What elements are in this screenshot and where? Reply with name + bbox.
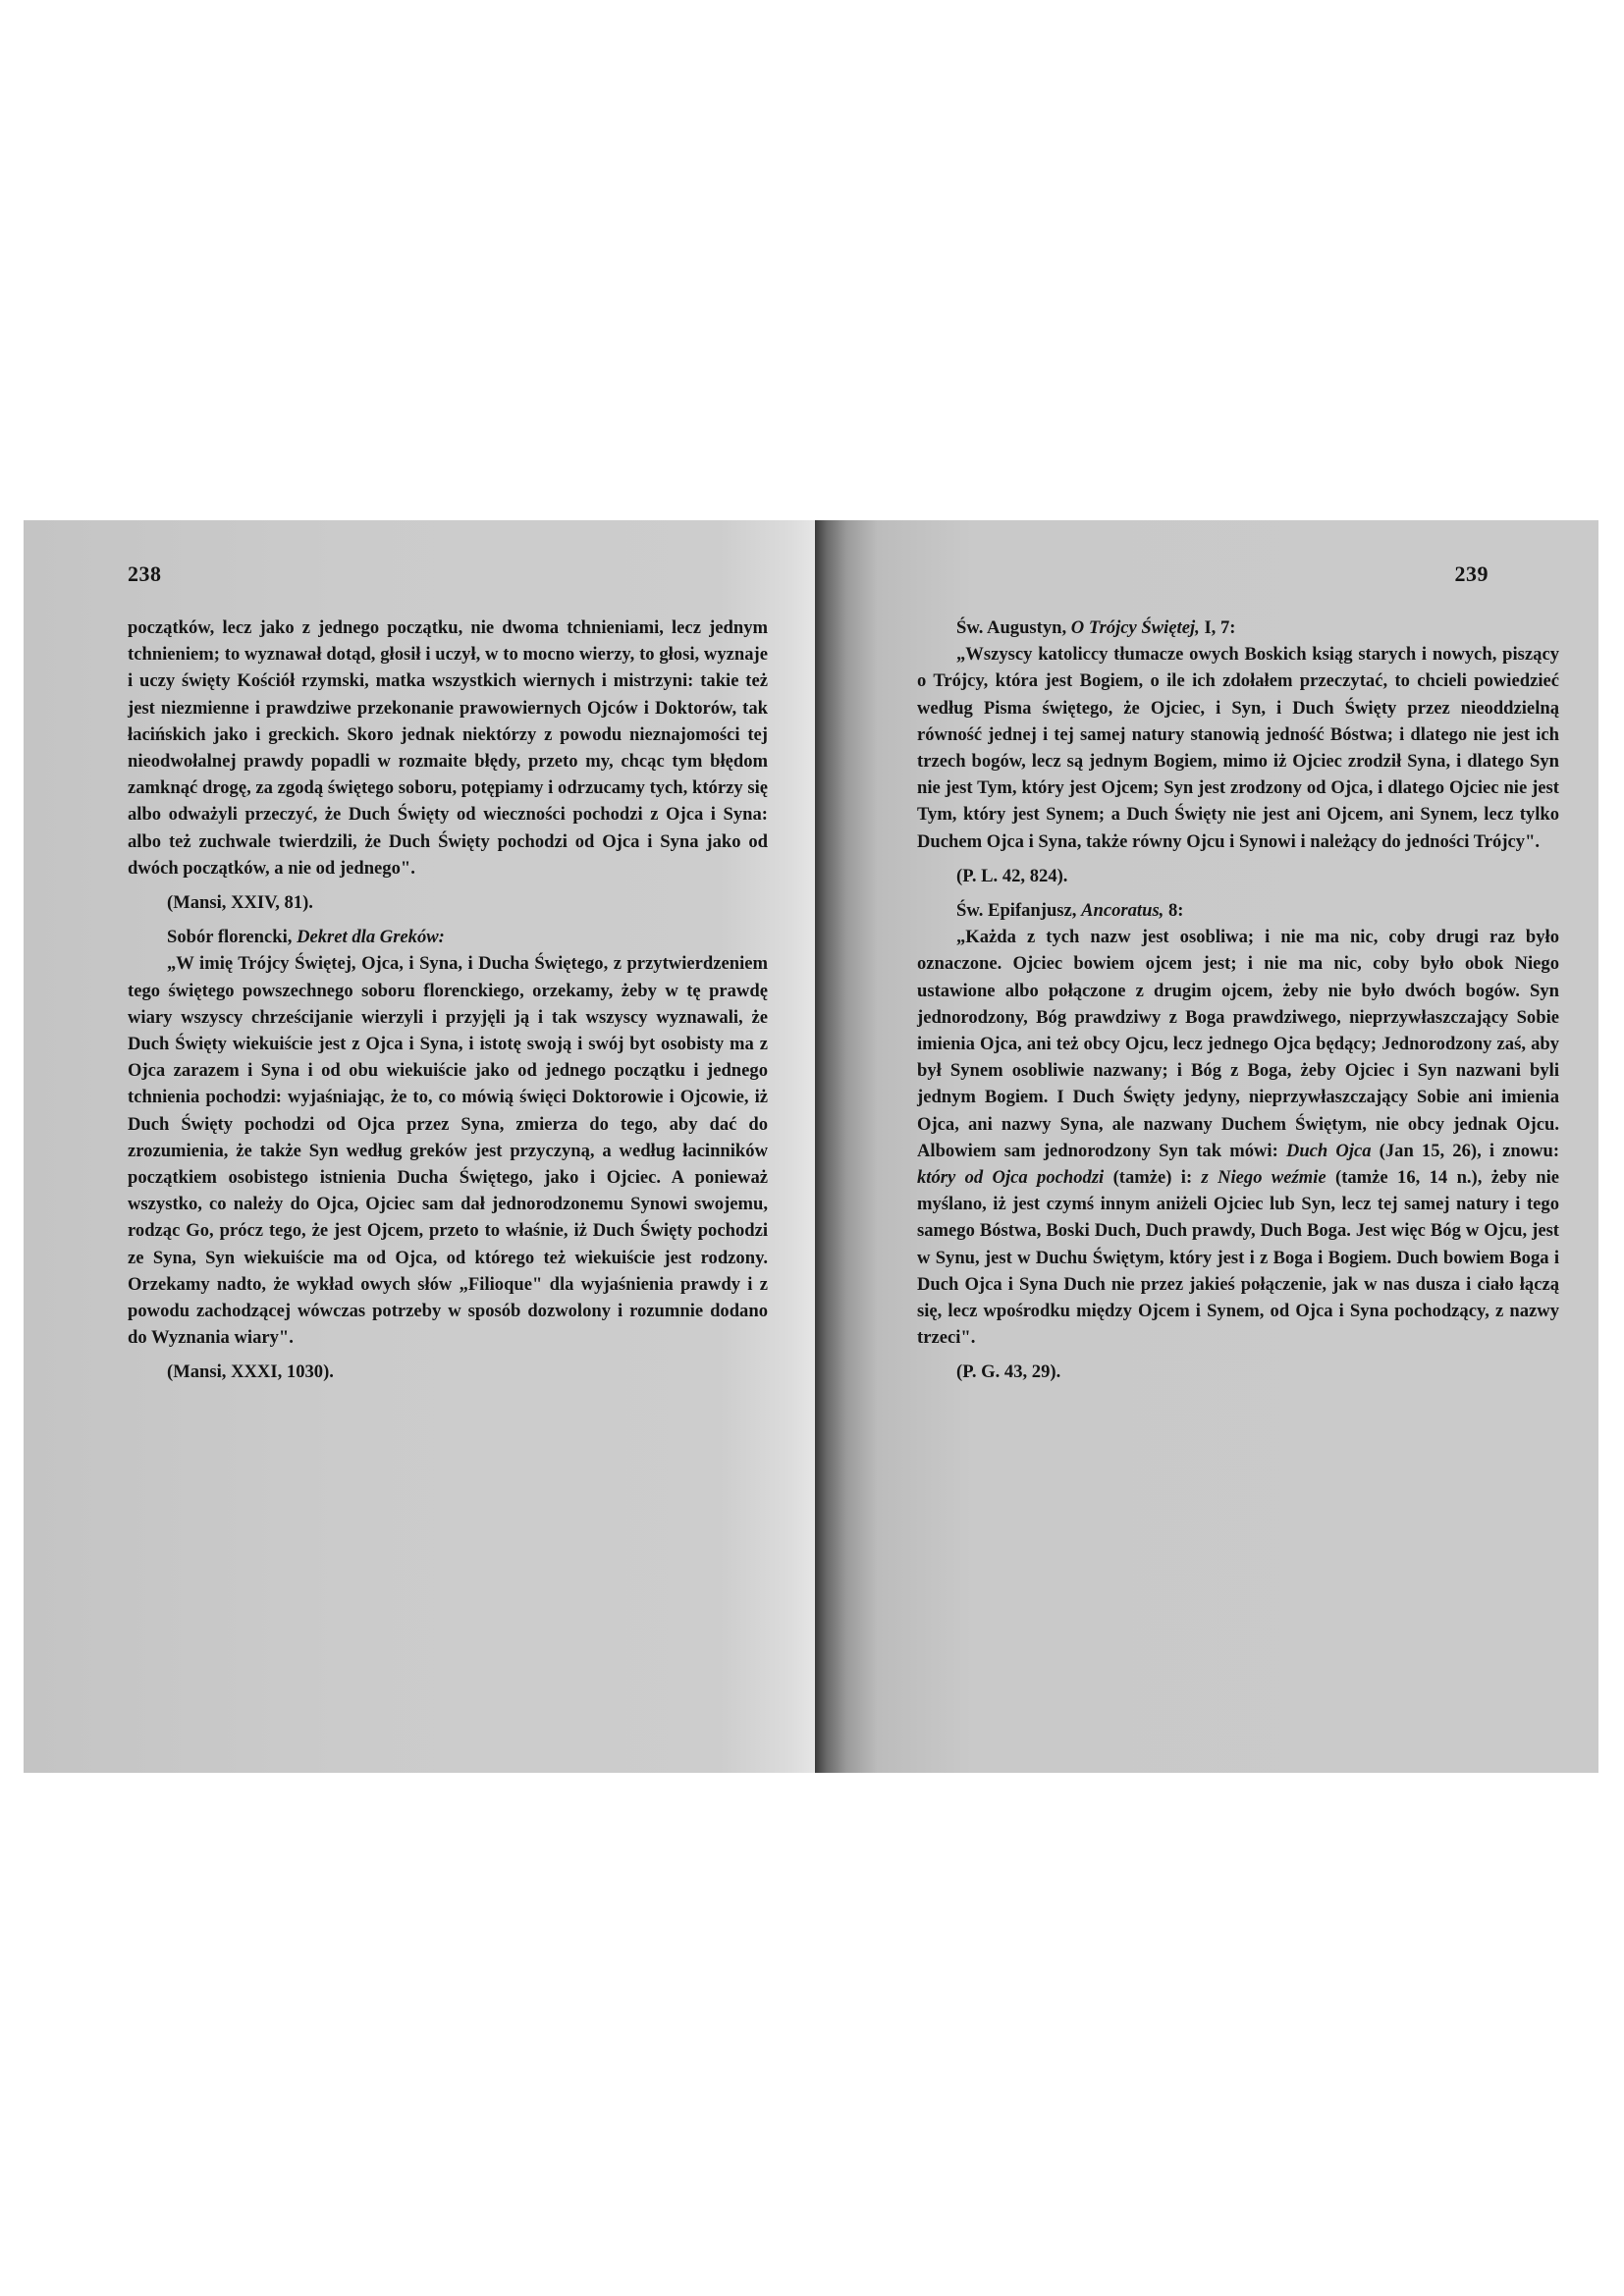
page-number: 239 (1455, 561, 1489, 587)
heading-suffix: I, 7: (1200, 617, 1236, 638)
italic-phrase: Duch Ojca (1286, 1141, 1372, 1161)
heading-work: O Trójcy Świętej, (1071, 617, 1200, 638)
italic-phrase: który od Ojca pochodzi (917, 1167, 1104, 1188)
text-run: (tamże 16, 14 n.), żeby nie myślano, iż … (917, 1167, 1559, 1348)
heading-author: Św. Epifanjusz, (956, 900, 1081, 921)
text-run: (Jan 15, 26), i znowu: (1372, 1141, 1559, 1161)
source-citation: (P. L. 42, 824). (917, 863, 1559, 889)
source-citation: (P. G. 43, 29). (917, 1359, 1559, 1385)
heading-author: Sobór florencki, (167, 927, 297, 947)
book-scan: 238 początków, lecz jako z jednego począ… (24, 520, 1598, 1773)
source-citation: (Mansi, XXIV, 81). (128, 889, 768, 916)
right-page: 239 Św. Augustyn, O Trójcy Świętej, I, 7… (815, 520, 1598, 1773)
paragraph: początków, lecz jako z jednego początku,… (128, 614, 768, 881)
section-heading: Św. Epifanjusz, Ancoratus, 8: (917, 897, 1559, 924)
page-number: 238 (128, 561, 162, 587)
left-page: 238 początków, lecz jako z jednego począ… (24, 520, 815, 1773)
text-run: (tamże) i: (1104, 1167, 1201, 1188)
quotation: „Wszyscy katoliccy tłumacze owych Boskic… (917, 641, 1559, 855)
text-run: „Każda z tych nazw jest osobliwa; i nie … (917, 927, 1559, 1161)
left-page-text: początków, lecz jako z jednego początku,… (128, 614, 768, 1386)
quotation: „Każda z tych nazw jest osobliwa; i nie … (917, 924, 1559, 1351)
source-citation: (Mansi, XXXI, 1030). (128, 1359, 768, 1385)
heading-work: Dekret dla Greków: (297, 927, 445, 947)
heading-work: Ancoratus, (1081, 900, 1164, 921)
section-heading: Sobór florencki, Dekret dla Greków: (128, 924, 768, 950)
right-page-text: Św. Augustyn, O Trójcy Świętej, I, 7: „W… (917, 614, 1559, 1386)
italic-phrase: z Niego weźmie (1202, 1167, 1326, 1188)
heading-author: Św. Augustyn, (956, 617, 1071, 638)
heading-suffix: 8: (1164, 900, 1183, 921)
section-heading: Św. Augustyn, O Trójcy Świętej, I, 7: (917, 614, 1559, 641)
quotation: „W imię Trójcy Świętej, Ojca, i Syna, i … (128, 950, 768, 1351)
